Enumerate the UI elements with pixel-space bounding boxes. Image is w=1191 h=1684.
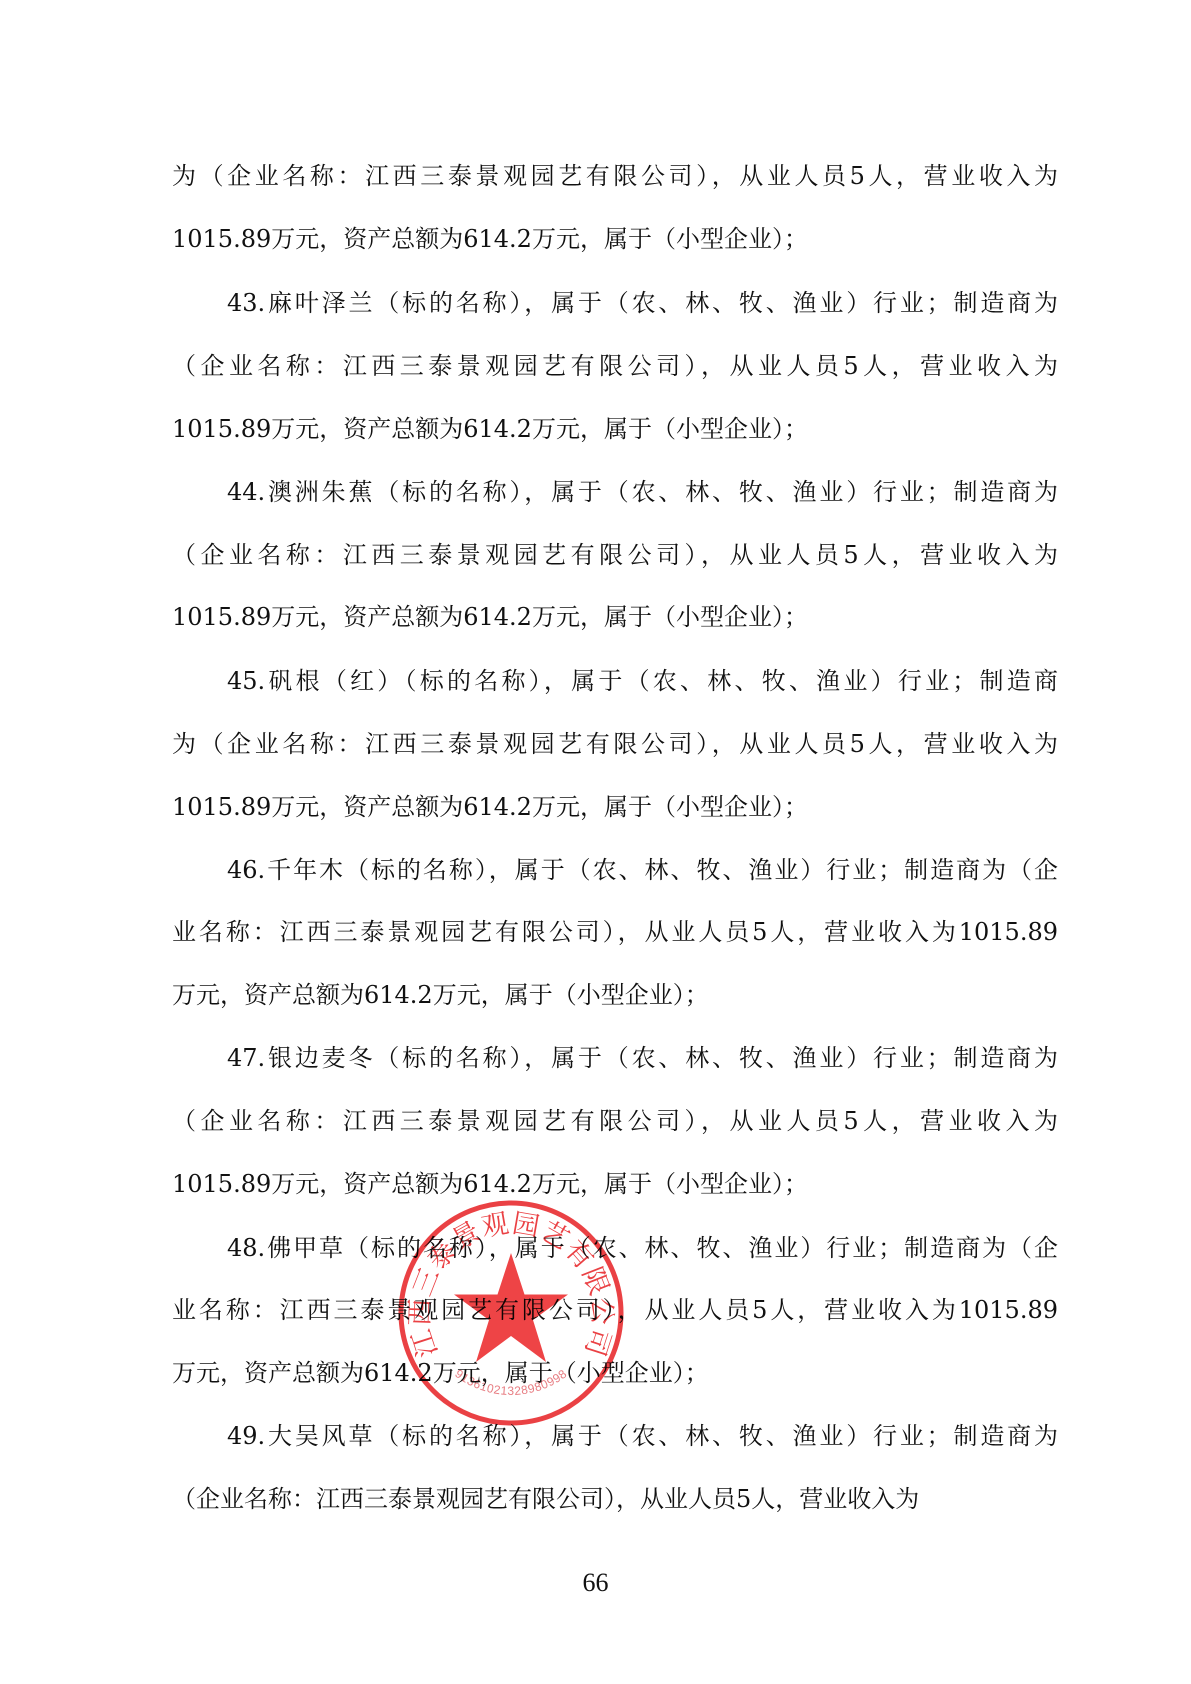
paragraph-line: （企业名称：江西三泰景观园艺有限公司），从业人员5人，营业收入为 <box>172 1479 1058 1519</box>
paragraph-line: 48.佛甲草（标的名称），属于（农、林、牧、渔业）行业；制造商为（企 <box>227 1228 1058 1268</box>
paragraph-line: 业名称：江西三泰景观园艺有限公司），从业人员5人，营业收入为1015.89 <box>172 912 1058 952</box>
page-number: 66 <box>0 1563 1191 1603</box>
paragraph-line: 业名称：江西三泰景观园艺有限公司），从业人员5人，营业收入为1015.89 <box>172 1290 1058 1330</box>
paragraph-line: 为（企业名称：江西三泰景观园艺有限公司），从业人员5人，营业收入为 <box>172 156 1058 196</box>
paragraph-line: （企业名称：江西三泰景观园艺有限公司），从业人员5人，营业收入为 <box>172 535 1058 575</box>
paragraph-line: 47.银边麦冬（标的名称），属于（农、林、牧、渔业）行业；制造商为 <box>227 1038 1058 1078</box>
paragraph-line: 1015.89万元，资产总额为614.2万元，属于（小型企业）； <box>172 597 1058 637</box>
paragraph-line: 43.麻叶泽兰（标的名称），属于（农、林、牧、渔业）行业；制造商为 <box>227 283 1058 323</box>
paragraph-line: 为（企业名称：江西三泰景观园艺有限公司），从业人员5人，营业收入为 <box>172 724 1058 764</box>
document-page: 为（企业名称：江西三泰景观园艺有限公司），从业人员5人，营业收入为1015.89… <box>0 0 1191 1684</box>
paragraph-line: 46.千年木（标的名称），属于（农、林、牧、渔业）行业；制造商为（企 <box>227 850 1058 890</box>
paragraph-line: （企业名称：江西三泰景观园艺有限公司），从业人员5人，营业收入为 <box>172 346 1058 386</box>
paragraph-line: 1015.89万元，资产总额为614.2万元，属于（小型企业）； <box>172 219 1058 259</box>
paragraph-line: 44.澳洲朱蕉（标的名称），属于（农、林、牧、渔业）行业；制造商为 <box>227 472 1058 512</box>
paragraph-line: 1015.89万元，资产总额为614.2万元，属于（小型企业）； <box>172 1164 1058 1204</box>
paragraph-line: 万元，资产总额为614.2万元，属于（小型企业）； <box>172 1353 1058 1393</box>
paragraph-line: （企业名称：江西三泰景观园艺有限公司），从业人员5人，营业收入为 <box>172 1101 1058 1141</box>
paragraph-line: 1015.89万元，资产总额为614.2万元，属于（小型企业）； <box>172 787 1058 827</box>
paragraph-line: 49.大吴风草（标的名称），属于（农、林、牧、渔业）行业；制造商为 <box>227 1416 1058 1456</box>
paragraph-line: 45.矾根（红）（标的名称），属于（农、林、牧、渔业）行业；制造商 <box>227 661 1058 701</box>
paragraph-line: 1015.89万元，资产总额为614.2万元，属于（小型企业）； <box>172 409 1058 449</box>
paragraph-line: 万元，资产总额为614.2万元，属于（小型企业）； <box>172 975 1058 1015</box>
